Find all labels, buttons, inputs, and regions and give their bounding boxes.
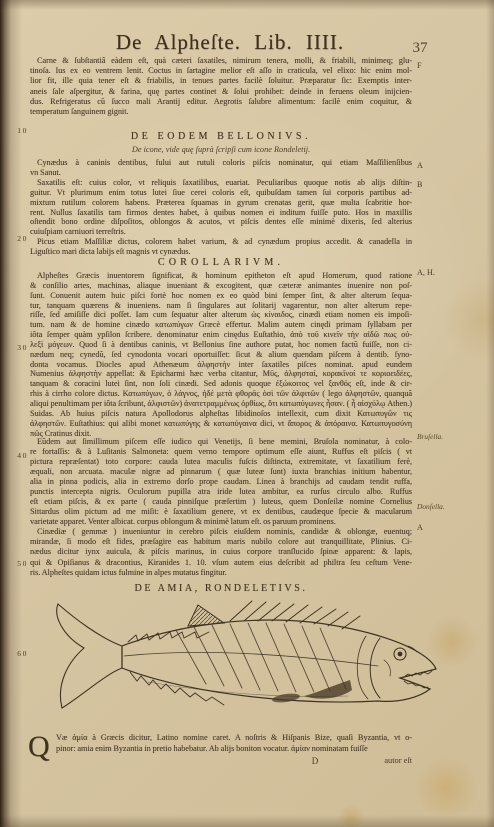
binding-shadow — [0, 0, 22, 827]
fish-dorsal-spines — [230, 601, 360, 629]
text-line: punctis intercepta nigris. Oculorum pupi… — [30, 487, 412, 497]
text-line: mirandæ, ſi modo eſt fides, præſagire ea… — [30, 537, 412, 547]
paragraph-picus: Picus etiam Maſſiliæ dictus, colorem hab… — [30, 237, 412, 257]
fish-tail — [57, 604, 122, 708]
text-line: pinor: amia enim Byzantia in pretio habe… — [56, 744, 412, 755]
subheading-de-icone: De icone, vide quę ſuprà ſcripſi cum ico… — [30, 145, 412, 154]
text-line: cuiuſpiam carniuori terreſtris. — [30, 227, 412, 237]
text-line: Saxatilis eſt: cuius color, vt reliquis … — [30, 178, 412, 188]
fish-cheek-line — [384, 660, 390, 676]
fish-lateral-line — [124, 652, 378, 666]
text-line: Carne & ſubſtantiâ eàdem eſt, quà cæteri… — [30, 56, 412, 66]
heading-de-amia-rondeletius: DE AMIA, RONDELETIVS. — [30, 583, 412, 594]
text-line: nædum neq; cynedũ, ſed cynodonta vocari … — [30, 350, 412, 360]
heading-de-eodem-bellonius: DE EODEM BELLONIVS. — [30, 131, 412, 142]
margin-note-donsella: Donſella. — [417, 502, 489, 511]
text-line: Sittardus olim pictum ad me miſit: è ſax… — [30, 507, 412, 517]
heading-corollarium: COROLLARIVM. — [30, 257, 412, 268]
margin-letter-f: F — [417, 61, 489, 70]
margin-letter-b: B — [417, 180, 489, 189]
scanned-book-page: De Alpheſte. Lib. IIII. 37 10 20 30 40 5… — [0, 0, 494, 827]
text-line: aliqui penultimam per iôta ſcribunt, ἀλφ… — [30, 399, 412, 409]
fish-belly-finlets — [130, 672, 224, 705]
right-edge-shadow — [486, 0, 494, 827]
amia-fish-svg — [48, 596, 442, 716]
text-line: Numenius ἀλφηστὴν appellat: & Epicharmi … — [30, 369, 412, 379]
text-line: tanquam & coracini lutei ſint, non ſoli … — [30, 379, 412, 389]
gathering-signature: D — [300, 756, 330, 766]
text-line: Eũdem aut ſimillimum piſcem eſſe iudico … — [30, 437, 412, 447]
text-line: dus. Refrigeratus cũ ſucco mali Arantij … — [30, 97, 412, 107]
text-line: Liguſtico mari dicta labijs eſt magnis v… — [30, 247, 412, 257]
text-line: Alpheſtes Græcis inuentorem ſignificat, … — [30, 271, 412, 281]
text-line: temperatum ſanguinem gignit. — [30, 107, 412, 117]
text-line: re fortaſſis: & à Luſitanis Salmoneta: q… — [30, 447, 412, 457]
text-line: tinoſa. Ius ex eo ventrem lenit. Coctus … — [30, 66, 412, 76]
catchword: autor eſt — [340, 756, 412, 765]
text-line: riſſe, ſed amiſiſſe dici poſſet. Iam cum… — [30, 310, 412, 320]
text-line: nædus dicitur iynx auicula, & piſcis mar… — [30, 547, 412, 557]
text-line: Cynædus à caninis dentibus, fului aut ru… — [30, 158, 412, 168]
page-number: 37 — [400, 40, 440, 57]
text-line: mixtum rutilum colorem habens. Præterea … — [30, 198, 412, 208]
margin-letter-ah: A, H. — [417, 268, 489, 277]
text-line: guitur. Vt plurimum enim totus lutei ſiu… — [30, 188, 412, 198]
text-line: pictura repræſentat) toto corpore: cauda… — [30, 457, 412, 467]
text-line: ris. Alpheſtes quidam ictus fulmine in a… — [30, 568, 412, 578]
text-line: λεξὶ μόγεων. Quod ſi à dentibus caninis,… — [30, 340, 412, 350]
margin-letter-a2: A — [417, 523, 489, 532]
top-edge-shadow — [0, 0, 494, 10]
bottom-edge-shadow — [0, 815, 494, 827]
paragraph-eundem: Eũdem aut ſimillimum piſcem eſſe iudico … — [30, 437, 412, 527]
fish-gill-arc2 — [357, 636, 368, 699]
text-line: qui & Opiſianus & dracontius, Kiranides … — [30, 558, 412, 568]
margin-letter-a: A — [417, 161, 489, 170]
text-line: tur, tanquam quærens & inueniens. nam ſi… — [30, 301, 412, 311]
fish-flank-stripes — [176, 623, 346, 692]
text-line: & conſilio artes, machinas, aliaque inue… — [30, 281, 412, 291]
text-line: aneis ſale aſpergitur, & farina, quę par… — [30, 87, 412, 97]
text-line: vn Sanut. — [30, 168, 412, 178]
woodcut-fish-illustration — [48, 596, 442, 716]
margin-note-brusella: Bruſella. — [417, 432, 489, 441]
fish-pupil — [398, 652, 403, 657]
text-line: eſt etiam piſcis, & ex parte ( cauda pin… — [30, 497, 412, 507]
fish-gill-arc — [370, 638, 380, 698]
text-line: Cinædiæ ( gemmæ ) inueniuntur in cerebro… — [30, 527, 412, 537]
text-line: rhis à cirrho colore dictus. Κατωπύγων, … — [30, 389, 412, 399]
text-line: tum. nam & de homine cinædo κατωπύγων Gr… — [30, 320, 412, 330]
paragraph-saxatilis: Saxatilis eſt: cuius color, vt reliquis … — [30, 178, 412, 237]
drop-cap-q: Q — [28, 734, 50, 759]
text-line: ſunt. Conuenit autem huic piſci fortè ho… — [30, 291, 412, 301]
paragraph-cinaediae: Cinædiæ ( gemmæ ) inueniuntur in cerebro… — [30, 527, 412, 578]
text-line: rent. Nullus ſaxatilis tam firmos dentes… — [30, 208, 412, 218]
paragraph-alphestes: Alpheſtes Græcis inuentorem ſignificat, … — [30, 271, 412, 438]
fish-dorsal-fin — [188, 605, 224, 626]
text-line: varietate apparet. Venter albicat. corpu… — [30, 517, 412, 527]
text-line: oſtendit bono ordine diſpoſitos, oblongo… — [30, 217, 412, 227]
text-line: ἀλφηστῶν. Euſtathius: qui alibi monet κα… — [30, 419, 412, 429]
text-line: Picus etiam Maſſiliæ dictus, colorem hab… — [30, 237, 412, 247]
text-line: iôta ſemper quàm ypſilon ſcribere. denom… — [30, 330, 412, 340]
running-title: De Alpheſte. Lib. IIII. — [0, 30, 460, 55]
paragraph-cynaedus: Cynædus à caninis dentibus, fului aut ru… — [30, 158, 412, 178]
paragraph-carne: Carne & ſubſtantiâ eàdem eſt, quà cæteri… — [30, 56, 412, 117]
text-line: lior fit, ille quia tener eſt & friabili… — [30, 76, 412, 86]
text-line: Væ ἀμία à Græcis dicitur, Latino nomine … — [56, 733, 412, 744]
text-line: Suidas. Ab huius piſcis natura Apollodor… — [30, 409, 412, 419]
paragraph-quae-amia: Væ ἀμία à Græcis dicitur, Latino nomine … — [56, 733, 412, 754]
text-line: donta vocamus. Diocles apud Athenæum ἀλφ… — [30, 360, 412, 370]
text-line: æquali, non arcuata. maculæ nigræ ad pin… — [30, 467, 412, 477]
text-line: alia in pinna podicis, alia in extremo d… — [30, 477, 412, 487]
fish-pelvic-fin — [272, 692, 301, 704]
